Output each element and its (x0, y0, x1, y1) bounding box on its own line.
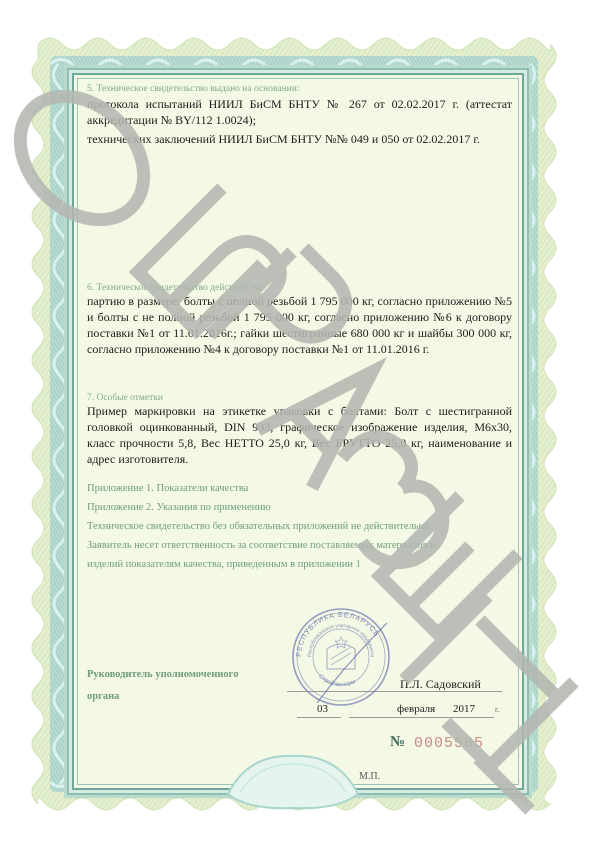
date-month-year-line (349, 717, 494, 718)
section6-label: 6. Техническое свидетельство действует н… (87, 283, 262, 293)
validity-note: Техническое свидетельство без обязательн… (87, 521, 432, 532)
date-year: 2017 (453, 703, 475, 715)
section5-paragraph1: протокола испытаний НИИЛ БиСМ БНТУ № 267… (87, 96, 512, 128)
section7-text: Пример маркировки на этикетке упаковки с… (87, 403, 512, 467)
signer-title-line2: органа (87, 686, 119, 708)
section7-label: 7. Особые отметки (87, 393, 163, 403)
responsibility-note-line1: Заявитель несет ответственность за соотв… (87, 540, 436, 551)
serial-number: 0005585 (414, 735, 484, 752)
responsibility-note-line2: изделий показателям качества, приведенны… (87, 559, 361, 570)
date-suffix: г. (495, 705, 499, 714)
signer-name: П.Л. Садовский (400, 677, 481, 692)
signer-title-line1: Руководитель уполномоченного (87, 664, 238, 686)
appendix-1: Приложение 1. Показатели качества (87, 483, 248, 494)
date-day-line (297, 717, 341, 718)
section6-text: партию в размере: болты с полной резьбой… (87, 293, 512, 357)
seal-place-label: М.П. (359, 771, 380, 782)
serial-prefix: № (390, 734, 405, 751)
section5-paragraph2: технических заключений НИИЛ БиСМ БНТУ №№… (87, 131, 512, 147)
date-month: февраля (397, 703, 435, 715)
stamp-bottom-text: Стройтехнорм (317, 673, 356, 688)
svg-text:Стройтехнорм: Стройтехнорм (317, 673, 356, 688)
section5-label: 5. Техническое свидетельство выдано на о… (87, 84, 300, 94)
appendix-2: Приложение 2. Указания по применению (87, 502, 271, 513)
certificate-content: 5. Техническое свидетельство выдано на о… (87, 0, 513, 842)
official-stamp: РЕСПУБЛИКА БЕЛАРУСЬ Республиканское унит… (287, 603, 395, 711)
